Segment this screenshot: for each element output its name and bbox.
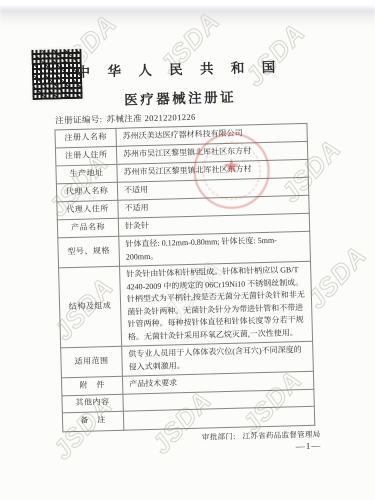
registration-number-label: 注册证编号: — [55, 114, 103, 125]
registration-number-value: 苏械注准 20212201226 — [106, 112, 196, 124]
certificate-table: 注册人名称 苏州沃美达医疗器材科技有限公司 注册人住所 苏州市吴江区黎里镇北厍社… — [54, 123, 315, 432]
row-label: 代理人住所 — [57, 200, 118, 220]
certificate-page: JSDA JSDA JSDA JSDA JSDA JSDA JSDA JSDA … — [0, 0, 375, 500]
row-value: 针灸针由针体和针柄组成。针体和针柄应以 GB/T 4240-2009 中的规定的… — [120, 261, 313, 346]
table-row: 结构及组成 针灸针由针体和针柄组成。针体和针柄应以 GB/T 4240-2009… — [59, 261, 313, 348]
row-label: 代理人名称 — [56, 182, 117, 202]
row-label: 附 件 — [61, 376, 122, 395]
row-label: 结构及组成 — [59, 266, 122, 348]
row-label: 注册人住所 — [55, 146, 116, 166]
certificate-header: 中 华 人 民 共 和 国 医疗器械注册证 — [52, 55, 308, 111]
row-label: 生产地址 — [56, 164, 117, 184]
row-value — [123, 406, 314, 430]
row-label: 注册人名称 — [55, 128, 116, 148]
row-label: 产品名称 — [57, 218, 118, 238]
page-number: —1— — [296, 441, 322, 452]
row-label: 备 注 — [62, 411, 123, 432]
approval-department-value: 江苏省药品监督管理局 — [242, 430, 320, 441]
row-label: 适用范围 — [61, 346, 123, 378]
row-label: 型号、规格 — [58, 236, 120, 268]
registration-number-line: 注册证编号:苏械注准 20212201226 — [55, 111, 196, 127]
certificate-title: 医疗器械注册证 — [52, 84, 307, 111]
approval-department-label: 审批部门: — [202, 432, 236, 442]
row-label: 其他内容 — [62, 394, 123, 413]
